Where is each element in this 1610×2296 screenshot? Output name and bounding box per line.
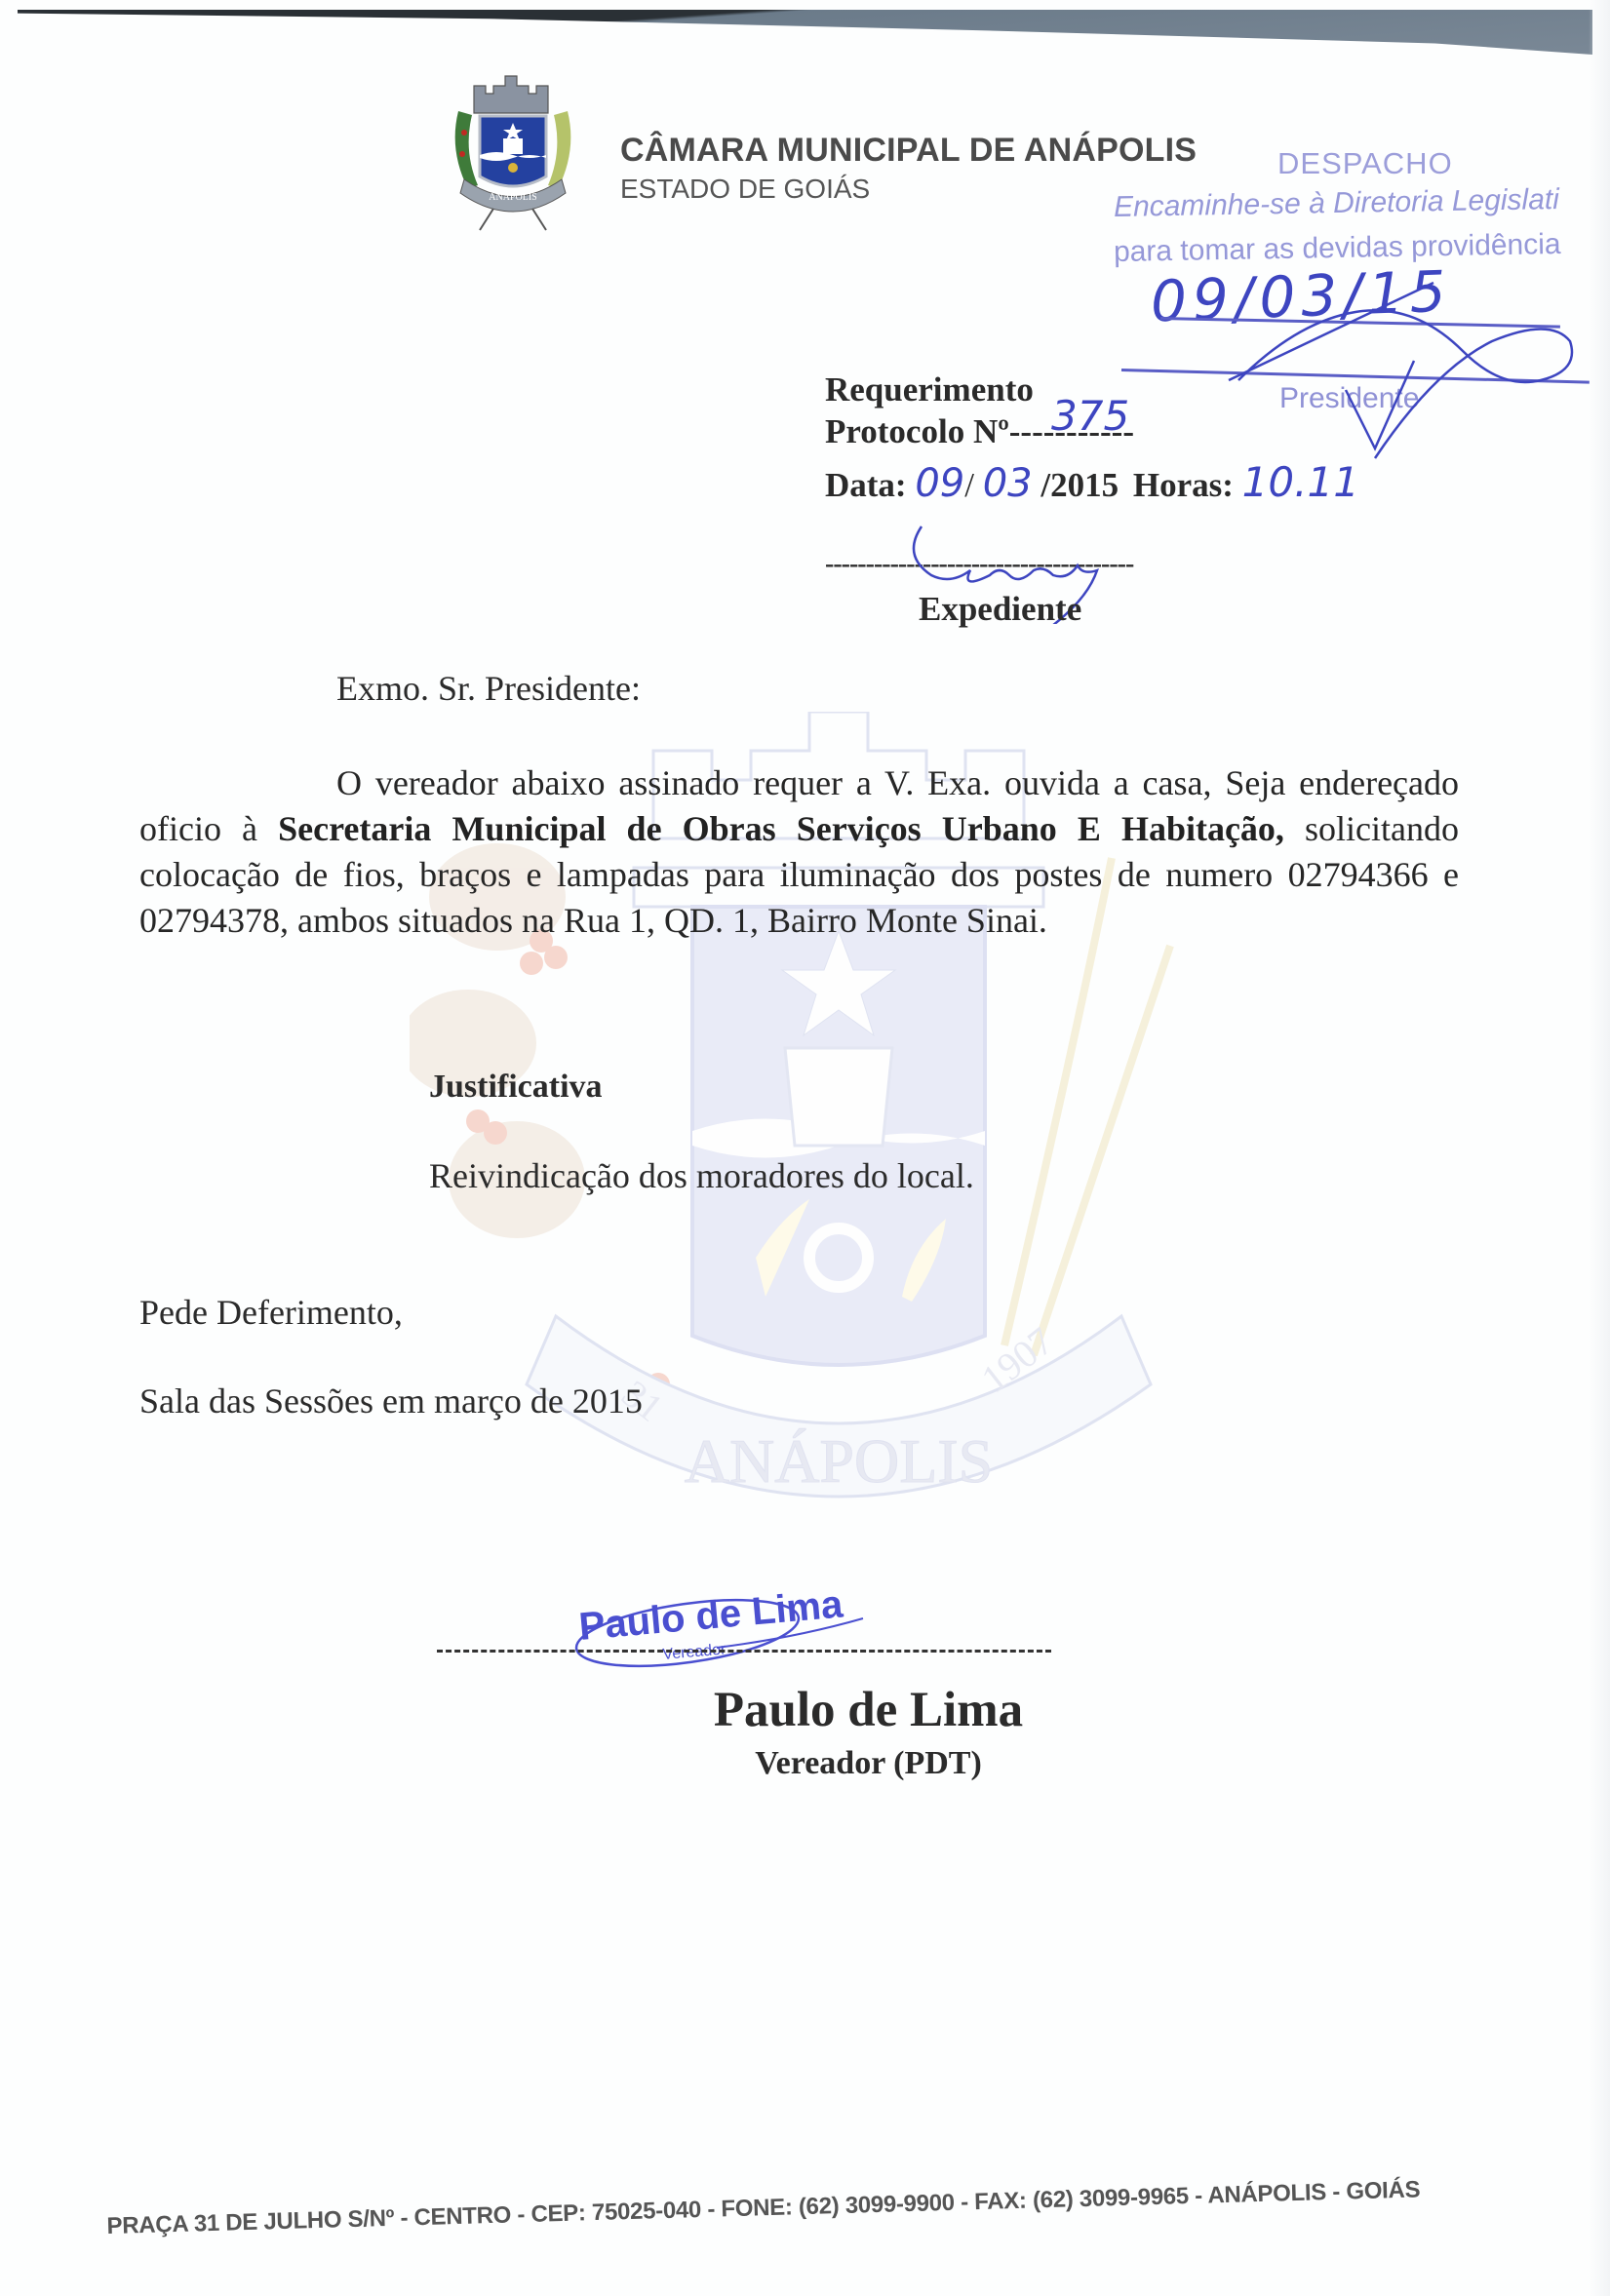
svg-text:ANÁPOLIS: ANÁPOLIS: [685, 1426, 993, 1496]
protocolo-label: Protocolo Nº: [825, 412, 1009, 450]
scan-border: [18, 10, 1592, 55]
president-signature: [1199, 273, 1590, 468]
footer-address: PRAÇA 31 DE JULHO S/Nº - CENTRO - CEP: 7…: [106, 2176, 1420, 2240]
signer-name: Paulo de Lima: [0, 1682, 1610, 1738]
justificativa-text: Reivindicação dos moradores do local.: [429, 1155, 974, 1196]
despacho-stamp-line1: Encaminhe-se à Diretoria Legislati: [1114, 183, 1559, 224]
justificativa-title: Justificativa: [429, 1069, 603, 1106]
scan-edge: [1589, 0, 1610, 2296]
closing: Pede Deferimento,: [139, 1292, 403, 1333]
data-label: Data:: [825, 466, 907, 504]
request-paragraph: O vereador abaixo assinado requer a V. E…: [139, 760, 1459, 944]
data-day: 09: [915, 461, 964, 506]
paragraph-recipient: Secretaria Municipal de Obras Serviços U…: [278, 809, 1284, 848]
svg-text:ANÁPOLIS: ANÁPOLIS: [489, 191, 536, 203]
signer-role: Vereador (PDT): [0, 1745, 1610, 1782]
svg-text:Paulo de Lima: Paulo de Lima: [577, 1582, 845, 1649]
data-month: 03: [983, 461, 1033, 506]
requerimento-label: Requerimento: [825, 370, 1034, 409]
institution-name: CÂMARA MUNICIPAL DE ANÁPOLIS: [620, 132, 1197, 170]
protocolo-number: 375: [1051, 392, 1129, 440]
data-row: Data: 09/ 03 /2015 Horas: 10.11: [825, 458, 1359, 506]
despacho-stamp-title: DESPACHO: [1277, 146, 1453, 181]
place-date: Sala das Sessões em março de 2015: [139, 1381, 643, 1421]
signature-line: [437, 1650, 1051, 1653]
horas-value: 10.11: [1242, 458, 1359, 506]
coat-of-arms-logo: ANÁPOLIS: [445, 72, 581, 238]
expediente-label: Expediente: [919, 590, 1081, 629]
salutation: Exmo. Sr. Presidente:: [336, 668, 641, 709]
horas-label: Horas:: [1133, 466, 1234, 504]
state-name: ESTADO DE GOIÁS: [620, 174, 870, 205]
signature-stamp: Paulo de Lima Vereador: [570, 1579, 873, 1677]
data-year: /2015: [1041, 466, 1119, 504]
